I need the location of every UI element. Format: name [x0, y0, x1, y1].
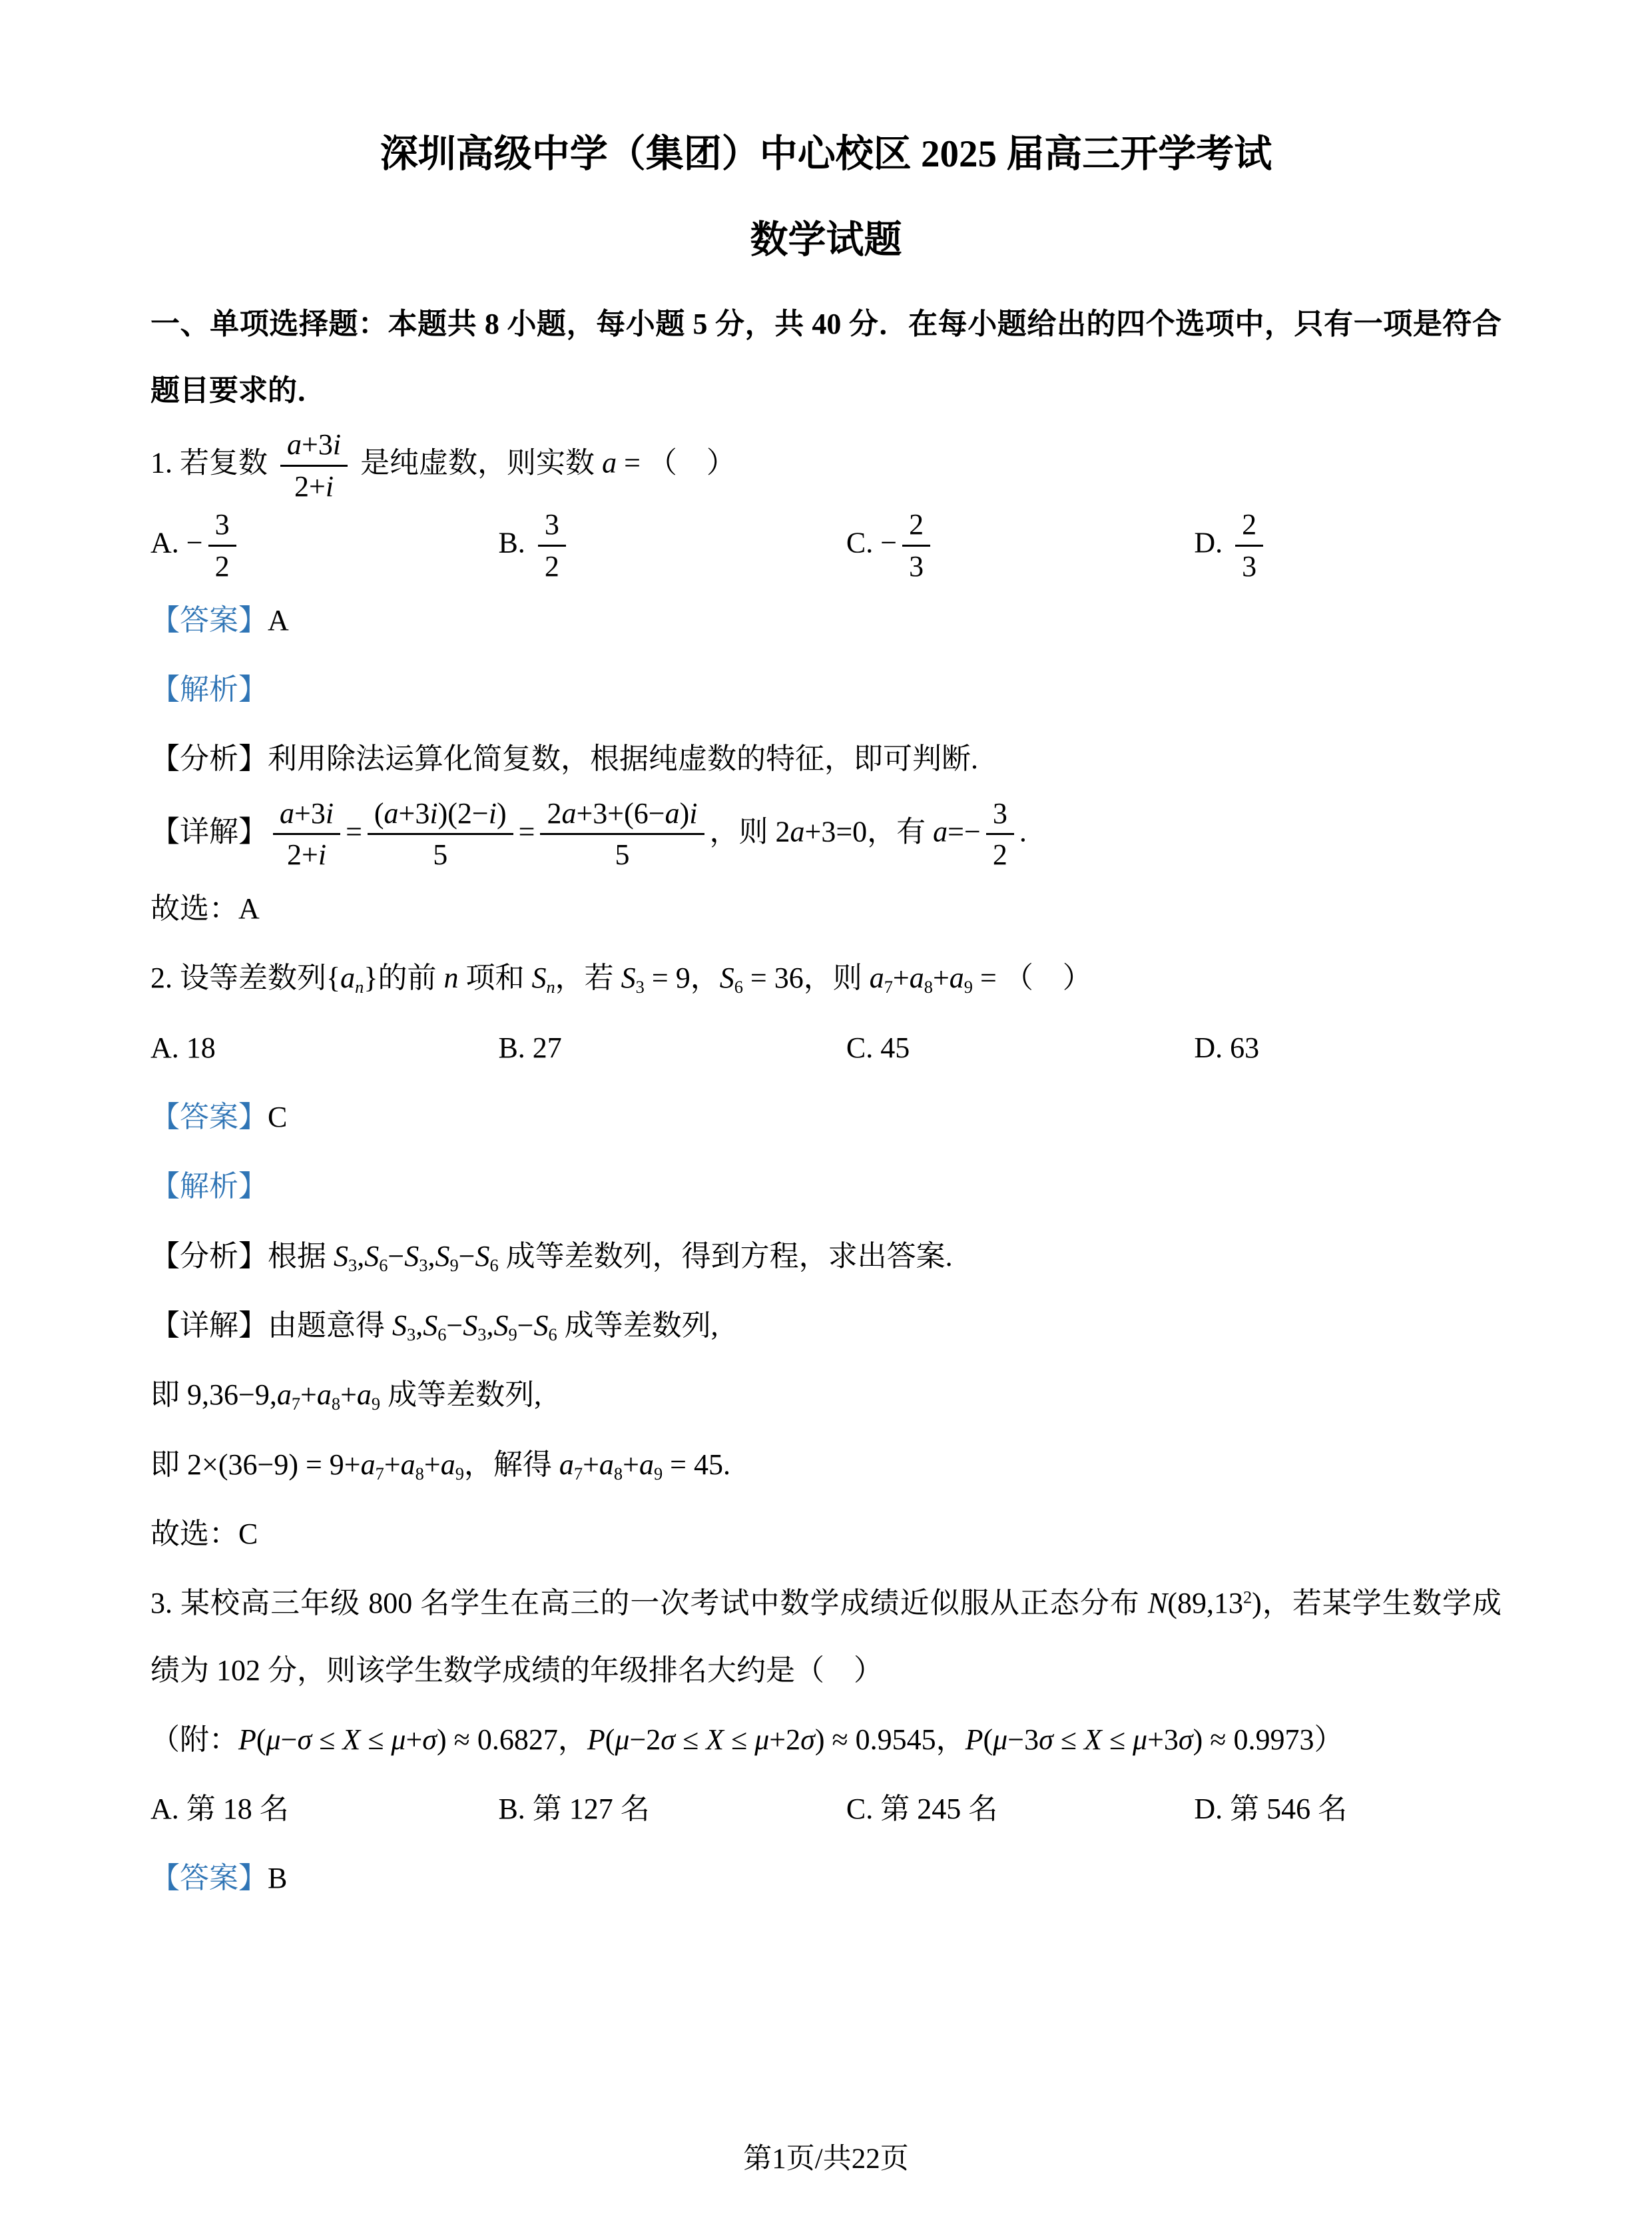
subscript: 9 [449, 1255, 458, 1275]
math-expression: ,S [415, 1309, 437, 1342]
subscript: 3 [636, 977, 645, 997]
text-run: A. 第 18 名 [150, 1793, 289, 1825]
fraction-denominator: 5 [540, 835, 704, 873]
math-expression: − [186, 527, 203, 559]
question-3-options: A. 第 18 名B. 第 127 名C. 第 245 名D. 第 546 名 [150, 1776, 1502, 1842]
question-2-options-a: A. 18 [150, 1015, 498, 1081]
text-run: （ ） [997, 962, 1092, 994]
math-expression: n [546, 977, 555, 997]
question-2: 2. 设等差数列{an}的前 n 项和 Sn，若 S3 = 9，S6 = 36，… [150, 945, 1502, 1011]
text-run: B [268, 1862, 287, 1894]
text-run: 即 [150, 1448, 187, 1481]
math-expression: 3 [419, 1255, 427, 1275]
question-3-answer: 【答案】B [150, 1845, 1502, 1912]
question-2-step-1: 即 9,36−9,a7+a8+a9 成等差数列, [150, 1362, 1502, 1428]
question-2-conclusion: 故选：C [150, 1501, 1502, 1567]
document-title: 深圳高级中学（集团）中心校区 2025 届高三开学考试 [150, 131, 1502, 178]
document: 深圳高级中学（集团）中心校区 2025 届高三开学考试 数学试题 一、单项选择题… [0, 0, 1652, 1912]
question-1-conclusion: 故选：A [150, 876, 1502, 942]
math-expression: = [519, 815, 535, 848]
question-1-options-d: D. 23 [1194, 507, 1502, 584]
question-2-step-2: 即 2×(36−9) = 9+a7+a8+a9，解得 a7+a8+a9 = 45… [150, 1432, 1502, 1498]
fraction-denominator: 5 [368, 835, 513, 873]
math-expression: n [443, 962, 458, 994]
math-expression: P(μ−σ ≤ X ≤ μ+σ) ≈ 0.6827 [238, 1723, 558, 1756]
math-expression: 7 [574, 1464, 583, 1484]
question-3-note: （附：P(μ−σ ≤ X ≤ μ+σ) ≈ 0.6827，P(μ−2σ ≤ X … [150, 1707, 1502, 1773]
math-expression: −S [459, 1240, 490, 1272]
text-run: 一、单项选择题：本题共 8 小题，每小题 5 分，共 40 分．在每小题给出的四… [150, 308, 1502, 407]
subscript: 8 [332, 1394, 340, 1414]
text-run: 故选：A [150, 892, 260, 925]
math-expression: ,S [357, 1240, 379, 1272]
fraction: (a+3i)(2−i)5 [368, 796, 513, 873]
text-run: 成等差数列, [557, 1309, 718, 1342]
math-expression: 6 [548, 1324, 557, 1344]
text-run: A [268, 604, 289, 637]
text-run: （ ） [641, 446, 736, 479]
math-expression: a=− [933, 815, 981, 848]
question-1: 1. 若复数 a+3i2+i 是纯虚数，则实数 a = （ ） [150, 427, 1502, 504]
math-expression: −S [446, 1309, 477, 1342]
math-expression: 7 [884, 977, 893, 997]
question-2-options: A. 18B. 27C. 45D. 63 [150, 1015, 1502, 1081]
fraction-denominator: 2 [208, 547, 236, 585]
math-expression: 9 [964, 977, 973, 997]
text-run: 【详解】由题意得 [150, 1309, 392, 1342]
math-expression: 8 [332, 1394, 340, 1414]
bracket-label: 【答案】 [150, 1862, 268, 1894]
math-expression: = [973, 962, 997, 994]
subscript: 9 [372, 1394, 380, 1414]
subscript: 6 [437, 1324, 446, 1344]
footer-page-number: 第1页/共22页 [0, 2136, 1652, 2177]
fraction-numerator: 2a+3+(6−a)i [540, 796, 704, 836]
text-run: 3. 某校高三年级 800 名学生在高三的一次考试中数学成绩近似服从正态分布 [150, 1587, 1148, 1619]
text-run: A. 18 [150, 1031, 216, 1064]
bracket-label: 【解析】 [150, 673, 268, 706]
subscript: 9 [508, 1324, 517, 1344]
question-1-explain-label: 【解析】 [150, 657, 1502, 723]
math-expression: ) [1252, 1587, 1262, 1619]
math-expression: S [621, 962, 636, 994]
text-run: ，则 [804, 962, 870, 994]
text-run: C. 第 245 名 [846, 1793, 997, 1825]
math-expression: 3 [477, 1324, 486, 1344]
text-run: C. [846, 527, 880, 559]
fraction-numerator: (a+3i)(2−i) [368, 796, 513, 836]
math-expression: 3 [348, 1255, 357, 1275]
math-expression: 9,36−9,a [187, 1378, 292, 1411]
math-expression: 8 [614, 1464, 623, 1484]
math-expression: 6 [489, 1255, 498, 1275]
text-run: D. [1194, 527, 1230, 559]
math-expression: 9 [372, 1394, 380, 1414]
fraction-numerator: a+3i [280, 427, 348, 467]
fraction-denominator: 2 [986, 835, 1014, 873]
fraction: 23 [902, 507, 930, 584]
text-run: 项和 [458, 962, 531, 994]
document-subtitle: 数学试题 [150, 216, 1502, 264]
text-run: ） [1314, 1723, 1343, 1756]
text-run: D. 63 [1194, 1031, 1259, 1064]
text-run: . [1019, 815, 1027, 848]
math-expression: ,S [486, 1309, 508, 1342]
subscript: 3 [477, 1324, 486, 1344]
text-run: 【分析】根据 [150, 1240, 334, 1272]
math-expression: +a [340, 1378, 372, 1411]
fraction-numerator: 3 [208, 507, 236, 547]
subscript: 3 [419, 1255, 427, 1275]
math-expression: 6 [379, 1255, 388, 1275]
text-run: B. 27 [498, 1031, 561, 1064]
math-expression: −S [388, 1240, 419, 1272]
subscript: 3 [407, 1324, 415, 1344]
question-1-answer: 【答案】A [150, 587, 1502, 654]
subscript: 8 [415, 1464, 424, 1484]
text-run: 1. 若复数 [150, 446, 275, 479]
math-expression: a = [602, 446, 641, 479]
text-run: ，若 [555, 962, 621, 994]
subscript: n [546, 977, 555, 997]
subscript: n [355, 977, 364, 997]
fraction: 23 [1235, 507, 1263, 584]
math-expression: P(μ−2σ ≤ X ≤ μ+2σ) ≈ 0.9545 [587, 1723, 936, 1756]
question-2-solution: 【详解】由题意得 S3,S6−S3,S9−S6 成等差数列, [150, 1292, 1502, 1359]
section-heading: 一、单项选择题：本题共 8 小题，每小题 5 分，共 40 分．在每小题给出的四… [150, 291, 1502, 425]
question-2-options-b: B. 27 [498, 1015, 846, 1081]
document-body: 一、单项选择题：本题共 8 小题，每小题 5 分，共 40 分．在每小题给出的四… [150, 291, 1502, 1912]
text-run: 的前 [378, 962, 443, 994]
question-2-explain-label: 【解析】 [150, 1153, 1502, 1220]
subscript: 6 [379, 1255, 388, 1275]
math-expression: ,S [427, 1240, 449, 1272]
math-expression: = 45 [663, 1448, 723, 1481]
math-expression: 6 [734, 977, 743, 997]
math-expression: 2 [1243, 1587, 1252, 1607]
text-run: 【详解】 [150, 815, 268, 848]
text-run: 成等差数列，得到方程，求出答案. [499, 1240, 953, 1272]
question-3-options-d: D. 第 546 名 [1194, 1776, 1502, 1842]
text-run: A. [150, 527, 186, 559]
fraction-numerator: 3 [986, 796, 1014, 836]
math-expression: a [559, 1448, 574, 1481]
question-3: 3. 某校高三年级 800 名学生在高三的一次考试中数学成绩近似服从正态分布 N… [150, 1570, 1502, 1704]
bracket-label: 【答案】 [150, 604, 268, 637]
fraction-denominator: 2+i [273, 835, 340, 873]
math-expression: 9 [455, 1464, 464, 1484]
math-expression: 7 [376, 1464, 384, 1484]
text-run: 【分析】利用除法运算化简复数，根据纯虚数的特征，即可判断. [150, 742, 978, 775]
math-expression: 8 [924, 977, 933, 997]
fraction-numerator: a+3i [273, 796, 340, 836]
math-expression: +a [623, 1448, 654, 1481]
question-1-solution: 【详解】a+3i2+i=(a+3i)(2−i)5=2a+3+(6−a)i5，则 … [150, 796, 1502, 873]
math-expression: 7 [292, 1394, 300, 1414]
math-expression: 3 [636, 977, 645, 997]
math-expression: 3 [407, 1324, 415, 1344]
math-expression: = 9 [645, 962, 690, 994]
question-2-analysis: 【分析】根据 S3,S6−S3,S9−S6 成等差数列，得到方程，求出答案. [150, 1223, 1502, 1290]
text-run: 成等差数列, [380, 1378, 541, 1411]
question-3-options-b: B. 第 127 名 [498, 1776, 846, 1842]
text-run: . [723, 1448, 730, 1481]
question-1-analysis: 【分析】利用除法运算化简复数，根据纯虚数的特征，即可判断. [150, 726, 1502, 792]
math-expression: {a [326, 962, 355, 994]
text-run: C [268, 1101, 287, 1133]
text-run: 故选：C [150, 1518, 258, 1550]
subscript: 7 [574, 1464, 583, 1484]
text-run: ，解得 [464, 1448, 559, 1481]
question-1-options-a: A. −32 [150, 507, 498, 584]
text-run: ，有 [867, 815, 933, 848]
math-expression: −S [517, 1309, 549, 1342]
subscript: 9 [455, 1464, 464, 1484]
math-expression: N(89,13 [1148, 1587, 1243, 1619]
math-expression: +a [384, 1448, 415, 1481]
fraction-numerator: 2 [902, 507, 930, 547]
superscript: 2 [1243, 1587, 1252, 1607]
subscript: 3 [348, 1255, 357, 1275]
math-expression: a [870, 962, 884, 994]
text-run: 是纯虚数，则实数 [353, 446, 602, 479]
text-run: ，则 [710, 815, 776, 848]
fraction: 32 [208, 507, 236, 584]
math-expression: +a [893, 962, 924, 994]
text-run: 即 [150, 1378, 187, 1411]
subscript: 8 [614, 1464, 623, 1484]
math-expression: 2a+3=0 [776, 815, 868, 848]
math-expression: S [531, 962, 546, 994]
fraction: 32 [986, 796, 1014, 873]
text-run: ， [690, 962, 720, 994]
subscript: 9 [654, 1464, 663, 1484]
fraction: a+3i2+i [280, 427, 348, 504]
text-run: C. 45 [846, 1031, 910, 1064]
math-expression: 6 [437, 1324, 446, 1344]
fraction-numerator: 2 [1235, 507, 1263, 547]
question-3-options-a: A. 第 18 名 [150, 1776, 498, 1842]
fraction-denominator: 2+i [280, 467, 348, 505]
subscript: 6 [489, 1255, 498, 1275]
math-expression: P(μ−3σ ≤ X ≤ μ+3σ) ≈ 0.9973 [965, 1723, 1314, 1756]
math-expression: S [392, 1309, 407, 1342]
subscript: 6 [548, 1324, 557, 1344]
fraction-denominator: 3 [902, 547, 930, 585]
fraction-denominator: 2 [538, 547, 566, 585]
fraction-numerator: 3 [538, 507, 566, 547]
question-1-options-c: C. −23 [846, 507, 1194, 584]
subscript: 7 [292, 1394, 300, 1414]
subscript: 9 [964, 977, 973, 997]
fraction: a+3i2+i [273, 796, 340, 873]
text-run: B. 第 127 名 [498, 1793, 649, 1825]
math-expression: S [720, 962, 734, 994]
text-run: ， [558, 1723, 587, 1756]
math-expression: 9 [449, 1255, 458, 1275]
math-expression: 9 [508, 1324, 517, 1344]
math-expression: n [355, 977, 364, 997]
math-expression: 8 [415, 1464, 424, 1484]
math-expression: +a [933, 962, 964, 994]
math-expression: +a [300, 1378, 332, 1411]
math-expression: +a [424, 1448, 455, 1481]
subscript: 7 [884, 977, 893, 997]
math-expression: S [334, 1240, 348, 1272]
question-2-answer: 【答案】C [150, 1084, 1502, 1151]
question-2-options-d: D. 63 [1194, 1015, 1502, 1081]
text-run: 2. 设等差数列 [150, 962, 326, 994]
fraction-denominator: 3 [1235, 547, 1263, 585]
text-run: （附： [150, 1723, 238, 1756]
text-run: D. 第 546 名 [1194, 1793, 1347, 1825]
question-1-options: A. −32B. 32C. −23D. 23 [150, 507, 1502, 584]
math-expression: = [346, 815, 362, 848]
bracket-label: 【解析】 [150, 1170, 268, 1203]
math-expression: } [364, 962, 378, 994]
subscript: 8 [924, 977, 933, 997]
subscript: 6 [734, 977, 743, 997]
question-3-options-c: C. 第 245 名 [846, 1776, 1194, 1842]
math-expression: = 36 [743, 962, 804, 994]
text-run: ， [936, 1723, 965, 1756]
subscript: 7 [376, 1464, 384, 1484]
math-expression: 9 [654, 1464, 663, 1484]
fraction: 2a+3+(6−a)i5 [540, 796, 704, 873]
math-expression: 2×(36−9) = 9+a [187, 1448, 376, 1481]
math-expression: +a [583, 1448, 614, 1481]
fraction: 32 [538, 507, 566, 584]
math-expression: − [880, 527, 897, 559]
text-run: B. [498, 527, 532, 559]
page: { "page": { "background": "#ffffff", "te… [0, 0, 1652, 2214]
question-2-options-c: C. 45 [846, 1015, 1194, 1081]
bracket-label: 【答案】 [150, 1101, 268, 1133]
question-1-options-b: B. 32 [498, 507, 846, 584]
